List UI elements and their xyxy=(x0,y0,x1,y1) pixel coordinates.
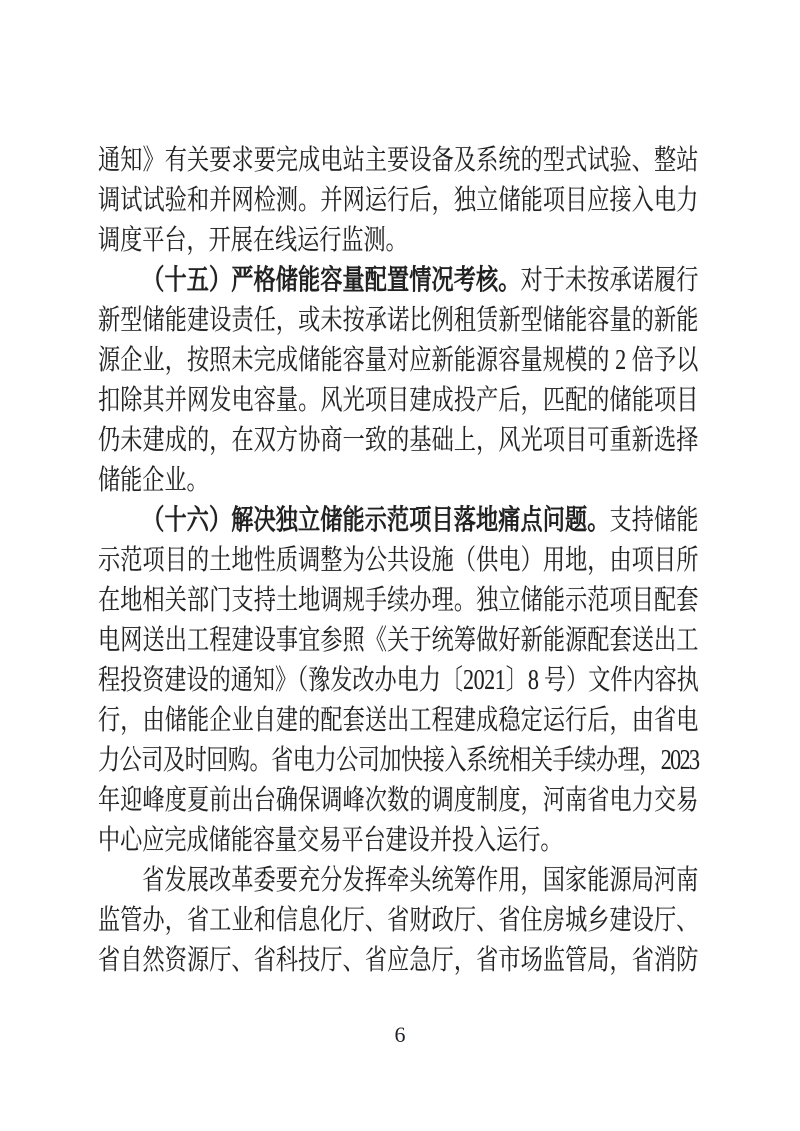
text-line: 储能企业。 xyxy=(98,461,698,501)
text-line: 省自然资源厅、省科技厅、省应急厅，省市场监管局，省消防 xyxy=(98,941,698,981)
text-run: 在地相关部门支持土地调规手续办理。独立储能示范项目配套 xyxy=(98,585,698,616)
text-line: 新型储能建设责任，或未按承诺比例租赁新型储能容量的新能 xyxy=(98,301,698,341)
text-run: 通知》有关要求要完成电站主要设备及系统的型式试验、整站 xyxy=(98,145,698,176)
text-line: 行，由储能企业自建的配套送出工程建成稳定运行后，由省电 xyxy=(98,701,698,741)
text-run: 中心应完成储能容量交易平台建设并投入运行。 xyxy=(98,825,563,856)
body-text: 通知》有关要求要完成电站主要设备及系统的型式试验、整站 调试试验和并网检测。并网… xyxy=(98,141,698,981)
text-line: 通知》有关要求要完成电站主要设备及系统的型式试验、整站 xyxy=(98,141,698,181)
text-run: 源企业，按照未完成储能容量对应新能源容量规模的 2 倍予以 xyxy=(98,345,698,376)
text-run: 行，由储能企业自建的配套送出工程建成稳定运行后，由省电 xyxy=(98,705,698,736)
text-line: 电网送出工程建设事宜参照《关于统筹做好新能源配套送出工 xyxy=(98,621,698,661)
section-15-heading: （十五）严格储能容量配置情况考核。 xyxy=(142,265,520,296)
text-run: 扣除其并网发电容量。风光项目建成投产后，匹配的储能项目 xyxy=(98,385,698,416)
section-heading-line-15: （十五）严格储能容量配置情况考核。对于未按承诺履行 xyxy=(98,261,698,301)
text-line: 中心应完成储能容量交易平台建设并投入运行。 xyxy=(98,821,698,861)
text-run: 储能企业。 xyxy=(98,465,209,496)
section-heading-line-16: （十六）解决独立储能示范项目落地痛点问题。支持储能 xyxy=(98,501,698,541)
text-run: 调度平台，开展在线运行监测。 xyxy=(98,225,408,256)
text-run: 电网送出工程建设事宜参照《关于统筹做好新能源配套送出工 xyxy=(98,625,698,656)
text-run: 程投资建设的通知》（豫发改办电力〔2021〕8 号）文件内容执 xyxy=(98,665,698,696)
page-number: 6 xyxy=(0,1020,800,1050)
text-line: 调试试验和并网检测。并网运行后，独立储能项目应接入电力 xyxy=(98,181,698,221)
text-run: 示范项目的土地性质调整为公共设施（供电）用地，由项目所 xyxy=(98,545,698,576)
text-run: 支持储能 xyxy=(610,505,699,536)
section-16-heading: （十六）解决独立储能示范项目落地痛点问题。 xyxy=(142,505,609,536)
text-line: 调度平台，开展在线运行监测。 xyxy=(98,221,698,261)
text-line: 省发展改革委要充分发挥牵头统筹作用，国家能源局河南 xyxy=(98,861,698,901)
text-run: 年迎峰度夏前出台确保调峰次数的调度制度，河南省电力交易 xyxy=(98,785,698,816)
text-line: 程投资建设的通知》（豫发改办电力〔2021〕8 号）文件内容执 xyxy=(98,661,698,701)
text-line: 力公司及时回购。省电力公司加快接入系统相关手续办理，2023 xyxy=(98,741,698,781)
text-line: 扣除其并网发电容量。风光项目建成投产后，匹配的储能项目 xyxy=(98,381,698,421)
text-run: 调试试验和并网检测。并网运行后，独立储能项目应接入电力 xyxy=(98,185,698,216)
text-run: 新型储能建设责任，或未按承诺比例租赁新型储能容量的新能 xyxy=(98,305,698,336)
text-line: 源企业，按照未完成储能容量对应新能源容量规模的 2 倍予以 xyxy=(98,341,698,381)
text-run: 对于未按承诺履行 xyxy=(521,265,699,296)
text-line: 监管办，省工业和信息化厅、省财政厅、省住房城乡建设厅、 xyxy=(98,901,698,941)
document-page: 通知》有关要求要完成电站主要设备及系统的型式试验、整站 调试试验和并网检测。并网… xyxy=(0,0,800,1131)
text-run: 省发展改革委要充分发挥牵头统筹作用，国家能源局河南 xyxy=(142,865,698,896)
text-run: 力公司及时回购。省电力公司加快接入系统相关手续办理，2023 xyxy=(98,745,698,776)
text-run: 仍未建成的，在双方协商一致的基础上，风光项目可重新选择 xyxy=(98,425,698,456)
text-line: 仍未建成的，在双方协商一致的基础上，风光项目可重新选择 xyxy=(98,421,698,461)
text-run: 监管办，省工业和信息化厅、省财政厅、省住房城乡建设厅、 xyxy=(98,905,698,936)
text-run: 省自然资源厅、省科技厅、省应急厅，省市场监管局，省消防 xyxy=(98,945,698,976)
text-line: 年迎峰度夏前出台确保调峰次数的调度制度，河南省电力交易 xyxy=(98,781,698,821)
text-line: 在地相关部门支持土地调规手续办理。独立储能示范项目配套 xyxy=(98,581,698,621)
text-line: 示范项目的土地性质调整为公共设施（供电）用地，由项目所 xyxy=(98,541,698,581)
